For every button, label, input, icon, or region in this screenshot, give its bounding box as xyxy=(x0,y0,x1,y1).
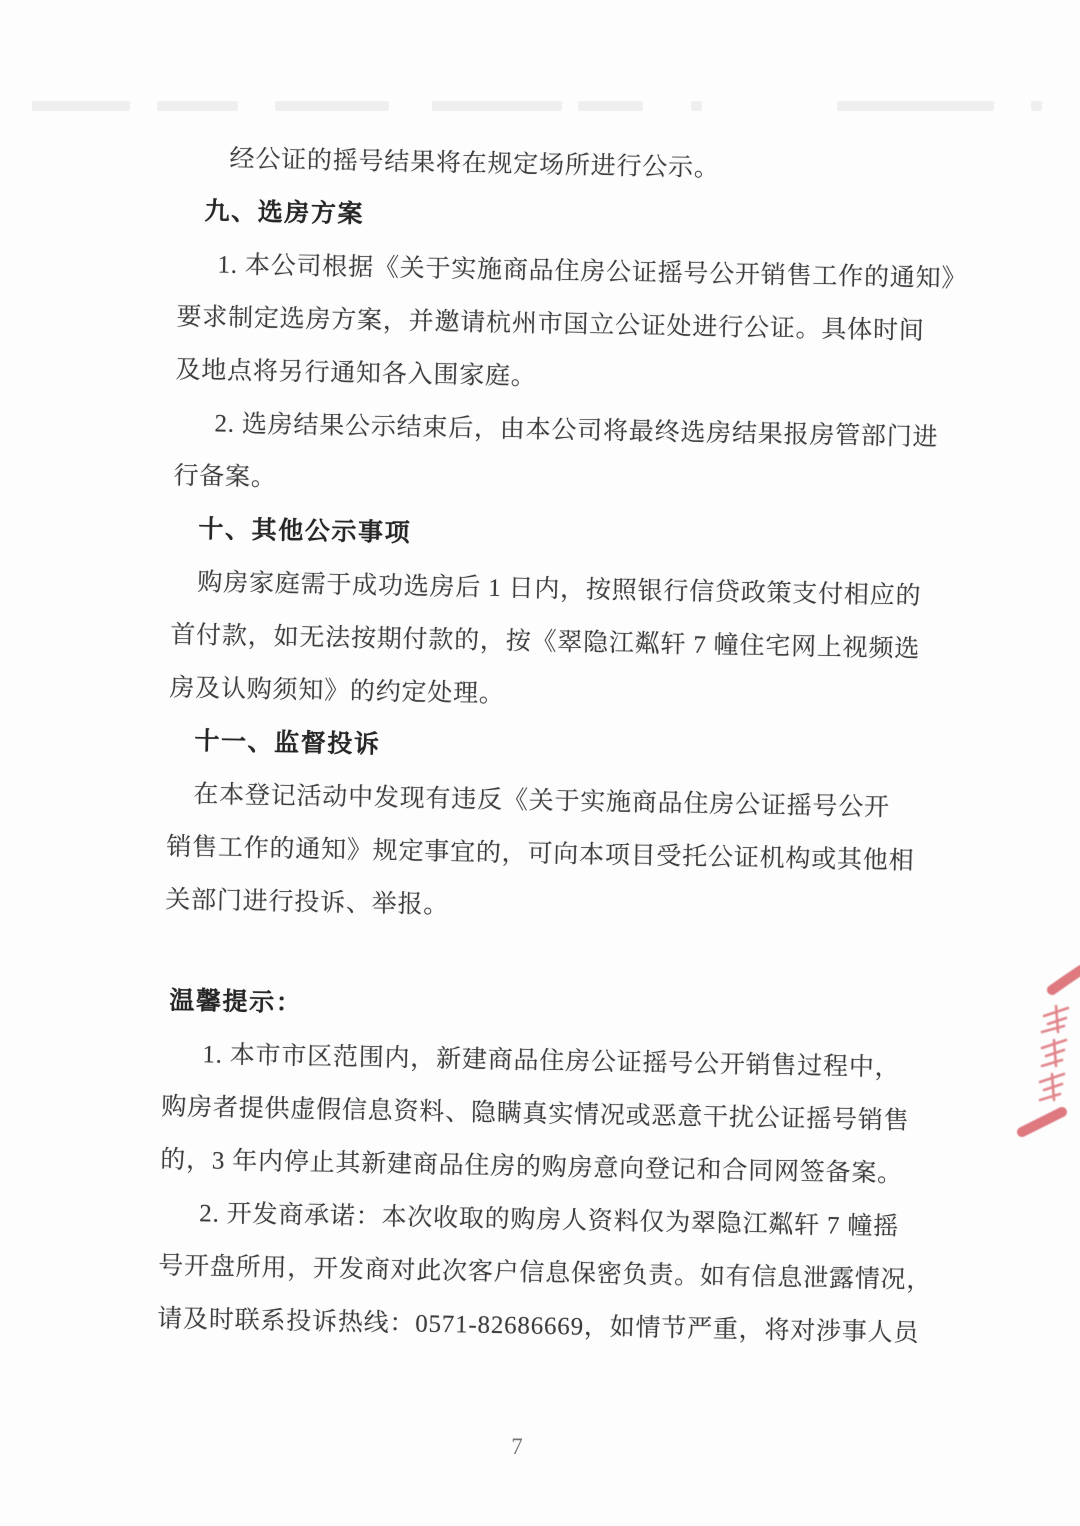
red-seal-stamp-icon xyxy=(1014,958,1080,1168)
scan-artifact-block xyxy=(275,101,389,111)
section-11-paragraph: 在本登记活动中发现有违反《关于实施商品住房公证摇号公开 销售工作的通知》规定事宜… xyxy=(165,768,963,942)
scan-artifact-block xyxy=(578,101,643,111)
document-content: 经公证的摇号结果将在规定场所进行公示。 九、选房方案 1. 本公司根据《关于实施… xyxy=(157,132,975,1361)
scan-artifact-block xyxy=(157,101,238,111)
section-9-paragraph-1: 1. 本公司根据《关于实施商品住房公证摇号公开销售工作的通知》 要求制定选房方案… xyxy=(175,238,973,412)
tips-paragraph-2: 2. 开发商承诺：本次收取的购房人资料仅为翠隐江粼轩 7 幢摇 号开盘所用，开发… xyxy=(157,1187,955,1361)
section-10-paragraph: 购房家庭需于成功选房后 1 日内，按照银行信贷政策支付相应的 首付款，如无法按期… xyxy=(169,556,967,730)
scan-artifact-block xyxy=(837,101,994,111)
scan-artifact-block xyxy=(691,101,702,111)
scan-artifact-block xyxy=(32,101,130,111)
tips-paragraph-1: 1. 本市市区范围内，新建商品住房公证摇号公开销售过程中， 购房者提供虚假信息资… xyxy=(160,1028,958,1202)
scan-artifact-block xyxy=(1031,101,1042,111)
scan-artifact-block xyxy=(432,101,562,111)
scan-artifact-band xyxy=(0,101,1080,112)
page-number: 7 xyxy=(487,1434,547,1460)
scanned-document-page: 经公证的摇号结果将在规定场所进行公示。 九、选房方案 1. 本公司根据《关于实施… xyxy=(0,0,1080,1526)
section-9-paragraph-2: 2. 选房结果公示结束后，由本公司将最终选房结果报房管部门进 行备案。 xyxy=(173,397,970,518)
